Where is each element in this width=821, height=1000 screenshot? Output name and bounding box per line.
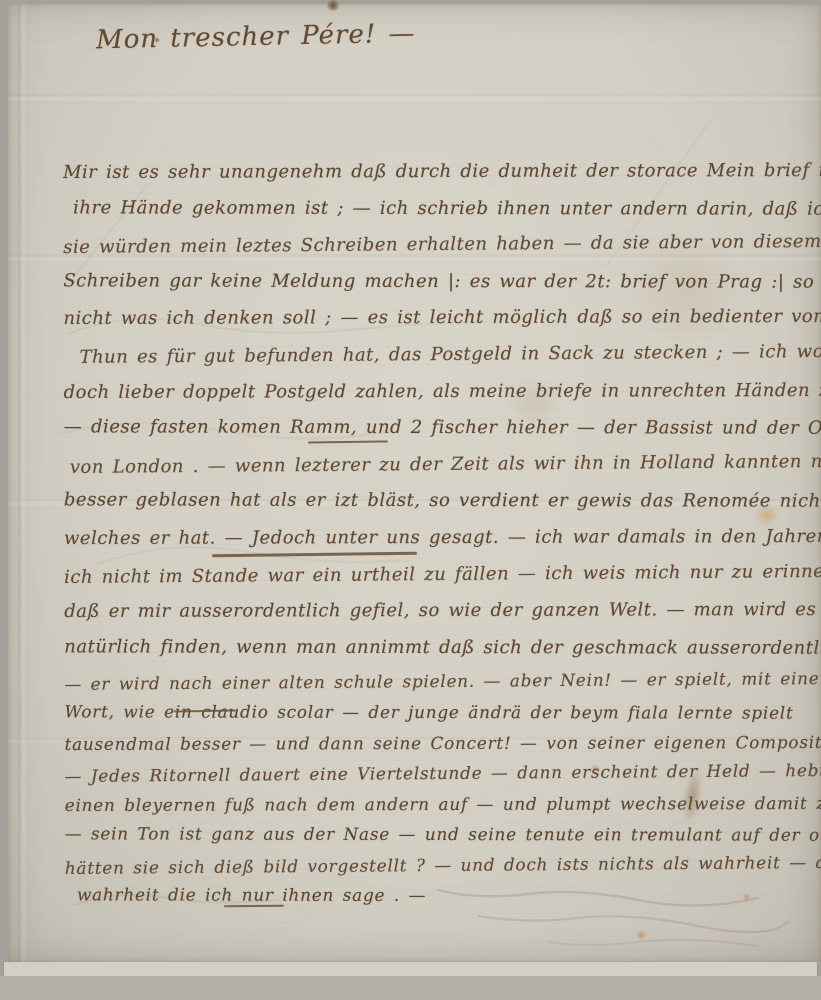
letter-line: — diese fasten komen Ramm, und 2 fischer… <box>64 410 814 448</box>
letter-line: tausendmal besser — und dann seine Conce… <box>65 727 815 760</box>
letter-line: ihre Hände gekommen ist ; — ich schrieb … <box>73 190 813 228</box>
letter-line: doch lieber doppelt Postgeld zahlen, als… <box>64 373 814 412</box>
fold-crease <box>8 94 821 101</box>
letter-line: wahrheit die ich nur ihnen sage . — <box>77 880 815 912</box>
letter-body: Mir ist es sehr unangenehm daß durch die… <box>63 153 815 912</box>
letter-line: daß er mir ausserordentlich gefiel, so w… <box>64 592 814 631</box>
letter-photo: Mon trescher Pére! — Mir ist es sehr una… <box>0 0 821 1000</box>
letter-line: Mir ist es sehr unangenehm daß durch die… <box>63 153 813 192</box>
fold-crease <box>18 4 27 962</box>
letter-line: besser geblasen hat als er izt bläst, so… <box>64 483 814 521</box>
letter-page: Mon trescher Pére! — Mir ist es sehr una… <box>8 4 821 962</box>
letter-line: von London . — wenn lezterer zu der Zeit… <box>70 444 814 486</box>
letter-line: — Jedes Ritornell dauert eine Viertelstu… <box>65 755 815 791</box>
letter-line: natürlich finden, wenn man annimmt daß s… <box>64 629 814 667</box>
letter-line: welches er hat. — Jedoch unter uns gesag… <box>64 519 814 558</box>
letter-line: einen bleyernen fuß nach dem andern auf … <box>65 788 815 821</box>
letter-line: — sein Ton ist ganz aus der Nase — und s… <box>65 819 815 851</box>
letter-line: ich nicht im Stande war ein urtheil zu f… <box>64 554 814 596</box>
photo-backdrop <box>0 976 821 1000</box>
letter-line: nicht was ich denken soll ; — es ist lei… <box>63 299 813 338</box>
letter-line: Thun es für gut befunden hat, das Postge… <box>79 334 813 376</box>
letter-line: — er wird nach einer alten schule spiele… <box>64 663 814 699</box>
letter-line: Schreiben gar keine Meldung machen |: es… <box>63 263 813 301</box>
letter-line: sie würden mein leztes Schreiben erhalte… <box>63 224 813 266</box>
letter-line: hätten sie sich dieß bild vorgestellt ? … <box>65 847 815 883</box>
